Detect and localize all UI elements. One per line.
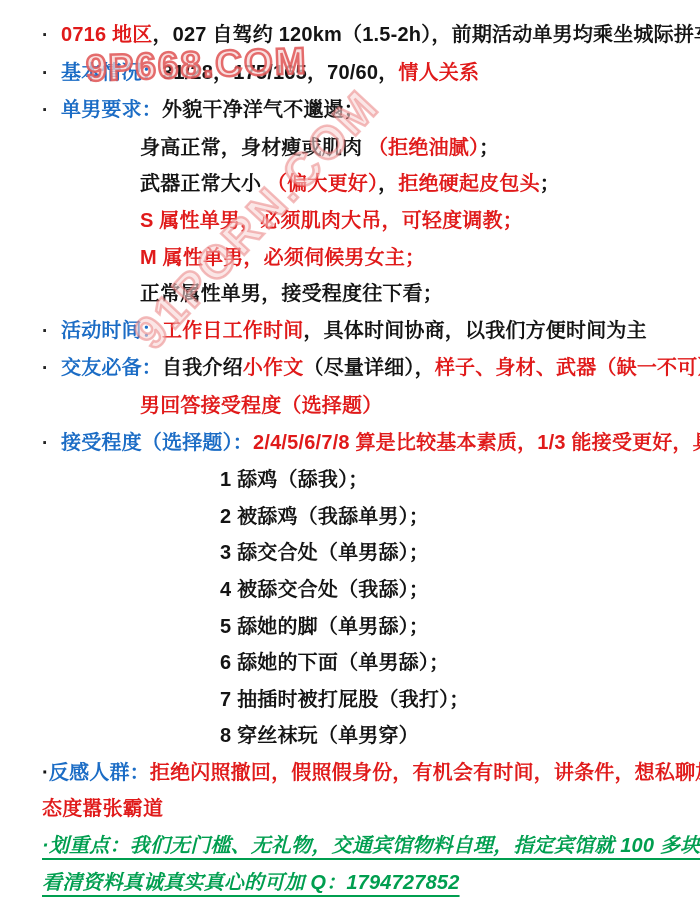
text-segment: 看清资料真诚真实真心的可加 Q：1794727852 (42, 872, 460, 894)
list-item: 4 被舔交合处（我舔）； (42, 572, 686, 609)
text-segment: ，具体时间协商，以我们方便时间为主 (303, 320, 646, 342)
line-requirement: S 属性单男，必须肌肉大吊，可轻度调教； (42, 203, 686, 240)
text-segment: ·划重点：我们无门槛、无礼物，交通宾馆物料自理，指定宾馆就 100 多块。 (42, 835, 700, 857)
text-segment: S 属性单男，必须肌肉大吊，可轻度调教； (140, 210, 523, 232)
line-requirement: M 属性单男，必须伺候男女主； (42, 240, 686, 277)
text-segment: 活动时间： (61, 320, 162, 342)
text-segment: 态度嚣张霸道 (42, 798, 163, 820)
text-segment: 外貌干净洋气不邋遢； (162, 99, 364, 121)
text-segment: 小作文 (243, 357, 304, 379)
bullet-dot: · (42, 93, 61, 130)
text-segment: M 属性单男，必须伺候男女主； (140, 247, 425, 269)
line-friend-requirements: ·交友必备：自我介绍小作文（尽量详细），样子、身材、武器（缺一不可），正常单 (42, 350, 686, 388)
text-segment: 正常属性单男，接受程度往下看； (140, 283, 443, 305)
text-segment: ； (540, 173, 560, 195)
bullet-dot: · (42, 56, 61, 93)
text-segment: 拒绝闪照撤回，假照假身份，有机会有时间，讲条件，想私聊加联系方式， (150, 762, 700, 784)
line-requirements-header: ·单男要求：外貌干净洋气不邋遢； (42, 92, 686, 130)
text-segment: （尽量详细）， (303, 357, 434, 379)
text-segment: ，027 自驾约 120km（1.5-2h），前期活动单男均乘坐城际拼车很方便 (152, 24, 700, 46)
list-item: 5 舔她的脚（单男舔）； (42, 609, 686, 646)
text-segment: 单男要求： (61, 99, 162, 121)
text-segment: 7 抽插时被打屁股（我打）； (220, 689, 469, 711)
text-segment: ； (479, 137, 499, 159)
line-requirement: 身高正常，身材瘦或肌肉 （拒绝油腻）； (42, 130, 686, 167)
text-segment: 5 舔她的脚（单男舔）； (220, 616, 429, 638)
text-segment: 接受程度（选择题）： (61, 432, 253, 454)
text-segment: 自我介绍 (162, 357, 243, 379)
text-segment: （偏大更好） (267, 173, 378, 195)
text-segment: 8 穿丝袜玩（单男穿） (220, 725, 419, 747)
list-item: 7 抽插时被打屁股（我打）； (42, 682, 686, 719)
line-basic-info: ·基本情况：31/28，175/165，70/60，情人关系 (42, 55, 686, 93)
text-segment: ， (378, 173, 398, 195)
text-segment: 男回答接受程度（选择题） (140, 395, 382, 417)
text-segment: 工作日工作时间 (162, 320, 303, 342)
list-item: 8 穿丝袜玩（单男穿） (42, 718, 686, 755)
text-segment: 31/28，175/165，70/60， (162, 62, 398, 84)
text-segment: 交友必备： (61, 357, 162, 379)
line-disliked-people-wrap: 态度嚣张霸道 (42, 791, 686, 828)
line-activity-time: ·活动时间：工作日工作时间，具体时间协商，以我们方便时间为主 (42, 313, 686, 351)
text-segment: 0716 地区 (61, 24, 152, 46)
text-segment: 4 被舔交合处（我舔）； (220, 579, 429, 601)
bullet-dot: · (42, 18, 61, 55)
bullet-dot: · (42, 314, 61, 351)
text-segment: 3 舔交合处（单男舔）； (220, 542, 429, 564)
line-contact-qq: 看清资料真诚真实真心的可加 Q：1794727852 (42, 865, 686, 902)
bullet-dot: · (42, 351, 61, 388)
text-segment: 2 被舔鸡（我舔单男）； (220, 506, 429, 528)
line-region: ·0716 地区，027 自驾约 120km（1.5-2h），前期活动单男均乘坐… (42, 17, 686, 55)
text-segment: 样子、身材、武器（缺一不可），正常单 (435, 357, 700, 379)
bullet-dot: · (42, 762, 49, 784)
list-item: 6 舔她的下面（单男舔）； (42, 645, 686, 682)
line-requirement: 武器正常大小 （偏大更好），拒绝硬起皮包头； (42, 166, 686, 203)
text-segment: 反感人群： (49, 762, 150, 784)
line-requirement: 正常属性单男，接受程度往下看； (42, 276, 686, 313)
text-segment: 情人关系 (398, 62, 479, 84)
text-segment: 拒绝硬起皮包头 (398, 173, 539, 195)
text-segment: 基本情况： (61, 62, 162, 84)
line-acceptance-header: ·接受程度（选择题）：2/4/5/6/7/8 算是比较基本素质，1/3 能接受更… (42, 425, 686, 463)
bullet-dot: · (42, 426, 61, 463)
document-body: ·0716 地区，027 自驾约 120km（1.5-2h），前期活动单男均乘坐… (0, 0, 700, 921)
list-item: 1 舔鸡（舔我）； (42, 462, 686, 499)
text-segment: （拒绝油腻） (368, 137, 479, 159)
list-item: 2 被舔鸡（我舔单男）； (42, 499, 686, 536)
list-item: 3 舔交合处（单男舔）； (42, 535, 686, 572)
text-segment: 2/4/5/6/7/8 算是比较基本素质，1/3 能接受更好，具体协商 (253, 432, 700, 454)
text-segment: 6 舔她的下面（单男舔）； (220, 652, 449, 674)
line-friend-requirements-wrap: 男回答接受程度（选择题） (42, 388, 686, 425)
text-segment: 身高正常，身材瘦或肌肉 (140, 137, 368, 159)
line-key-point: ·划重点：我们无门槛、无礼物，交通宾馆物料自理，指定宾馆就 100 多块。 (42, 828, 686, 865)
text-segment: 1 舔鸡（舔我）； (220, 469, 368, 491)
line-disliked-people: ·反感人群：拒绝闪照撤回，假照假身份，有机会有时间，讲条件，想私聊加联系方式， (42, 755, 686, 792)
text-segment: 武器正常大小 (140, 173, 267, 195)
